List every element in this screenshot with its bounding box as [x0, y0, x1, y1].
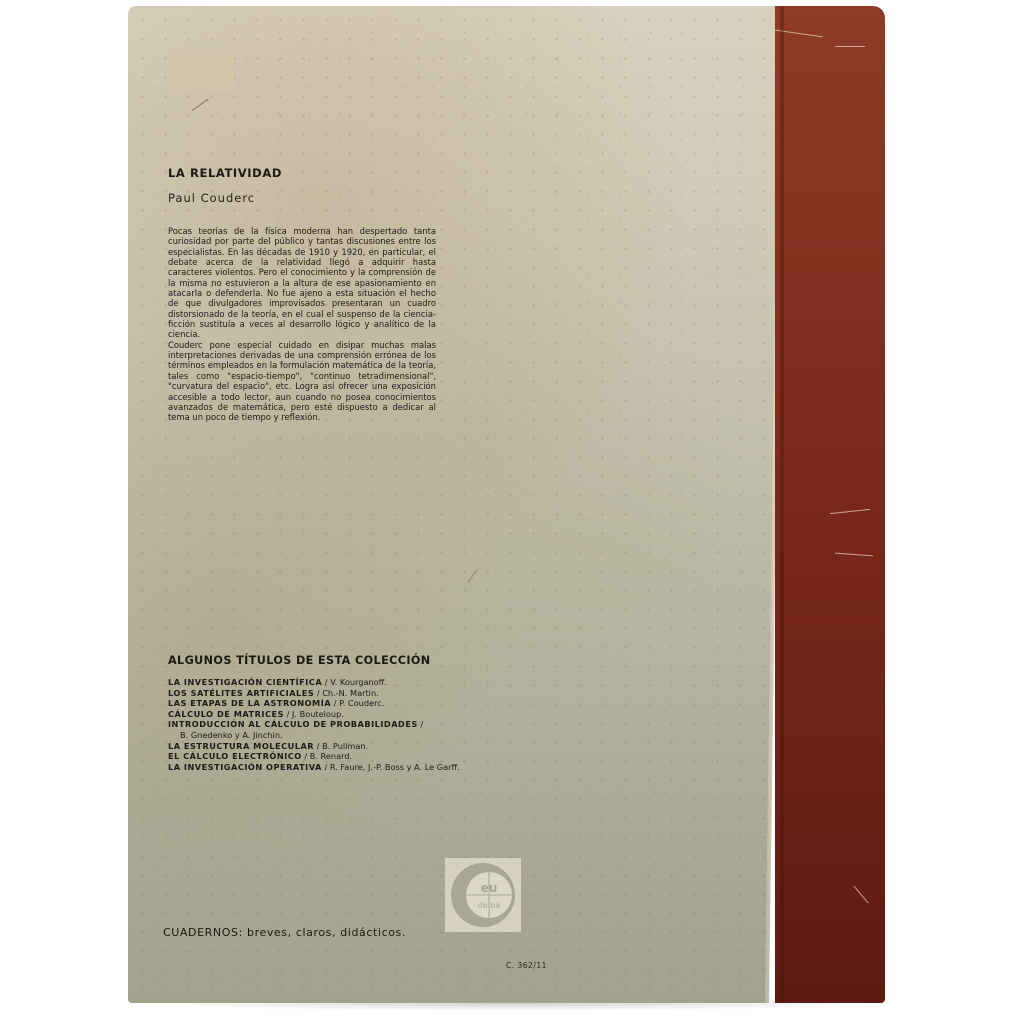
spine-crack	[835, 553, 873, 557]
collection-title-item: LOS SATÉLITES ARTIFICIALES / Ch.-N. Mart…	[168, 688, 468, 699]
collection-book-author: B. Renard.	[310, 751, 352, 761]
collection-title-item: LA INVESTIGACIÓN CIENTÍFICA / V. Kourgan…	[168, 677, 468, 688]
collection-book-author: B. Pullman.	[322, 741, 368, 751]
collection-titles-list: LA INVESTIGACIÓN CIENTÍFICA / V. Kourgan…	[168, 677, 468, 772]
catalog-code: C. 362/11	[506, 961, 547, 970]
blurb-paragraph: Pocas teorías de la física moderna han d…	[168, 226, 436, 340]
cover-panel	[128, 6, 780, 1003]
collection-book-title: EL CÁLCULO ELECTRÓNICO	[168, 751, 302, 761]
collection-book-title: LA INVESTIGACIÓN OPERATIVA	[168, 762, 322, 772]
collection-tagline: CUADERNOS: breves, claros, didácticos.	[163, 926, 406, 939]
svg-text:eu: eu	[481, 881, 498, 895]
collection-book-author: P. Couderc.	[339, 698, 384, 708]
eudeba-logo-graphic: eu de ba	[445, 858, 521, 932]
book-title: LA RELATIVIDAD	[168, 166, 282, 180]
spine-crack	[854, 886, 869, 903]
collection-book-title: LA INVESTIGACIÓN CIENTÍFICA	[168, 677, 322, 687]
eudeba-logo-icon: eu de ba	[445, 858, 521, 932]
book-blurb: Pocas teorías de la física moderna han d…	[168, 226, 436, 423]
book-author: Paul Couderc	[168, 191, 255, 205]
collection-title-item: INTRODUCCIÓN AL CÁLCULO DE PROBABILIDADE…	[168, 719, 468, 740]
collection-title-item: LA INVESTIGACIÓN OPERATIVA / R. Faure, J…	[168, 762, 468, 773]
collection-book-title: INTRODUCCIÓN AL CÁLCULO DE PROBABILIDADE…	[168, 719, 418, 729]
collection-book-title: LAS ETAPAS DE LA ASTRONOMÍA	[168, 698, 331, 708]
spine-crack	[830, 509, 870, 514]
collection-book-title: CÁLCULO DE MATRICES	[168, 709, 284, 719]
collection-title-item: LAS ETAPAS DE LA ASTRONOMÍA / P. Couderc…	[168, 698, 468, 709]
spine	[775, 6, 885, 1003]
book-back-cover	[128, 6, 885, 1003]
svg-text:de ba: de ba	[478, 901, 501, 910]
sticker-patch	[170, 54, 234, 90]
blurb-paragraph: Couderc pone especial cuidado en disipar…	[168, 340, 436, 423]
spine-boundary	[780, 6, 784, 1003]
collection-book-title: LOS SATÉLITES ARTIFICIALES	[168, 688, 314, 698]
collection-book-title: LA ESTRUCTURA MOLECULAR	[168, 741, 314, 751]
collection-book-author: R. Faure, J.-P. Boss y A. Le Garff.	[330, 762, 460, 772]
collection-title-item: CÁLCULO DE MATRICES / J. Bouteloup.	[168, 709, 468, 720]
collection-title-item: LA ESTRUCTURA MOLECULAR / B. Pullman.	[168, 741, 468, 752]
spine-crack	[835, 46, 865, 47]
collection-book-author: B. Gnedenko y A. Jinchin.	[168, 730, 468, 741]
collection-title-item: EL CÁLCULO ELECTRÓNICO / B. Renard.	[168, 751, 468, 762]
collection-book-author: V. Kourganoff.	[330, 677, 387, 687]
collection-heading: ALGUNOS TÍTULOS DE ESTA COLECCIÓN	[168, 654, 431, 667]
collection-book-author: J. Bouteloup.	[292, 709, 344, 719]
collection-book-author: Ch.-N. Martin.	[322, 688, 379, 698]
